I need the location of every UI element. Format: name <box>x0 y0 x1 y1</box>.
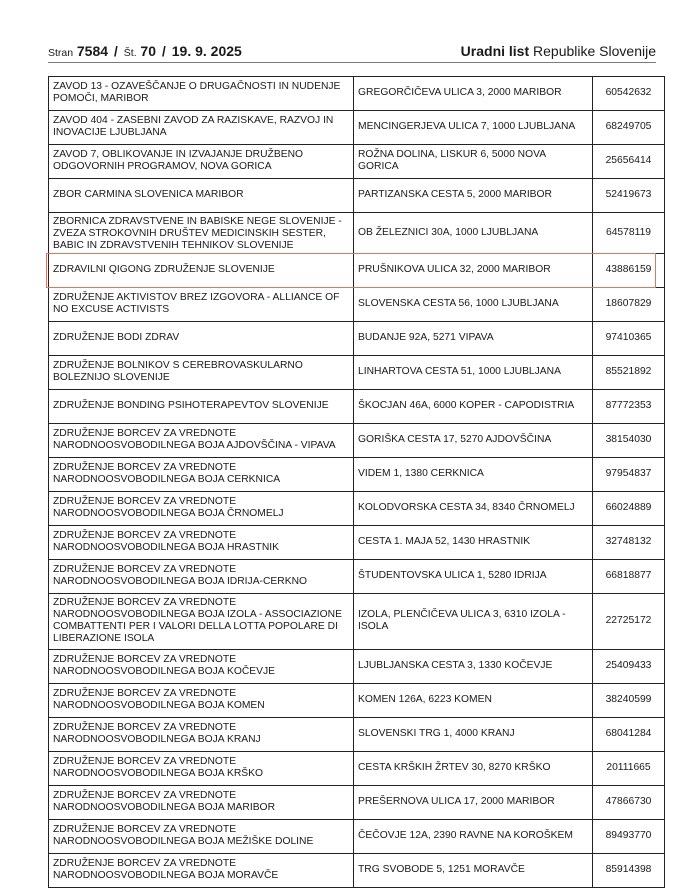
entity-name-cell: ZAVOD 7, OBLIKOVANJE IN IZVAJANJE DRUŽBE… <box>49 145 354 179</box>
entity-name-cell: ZDRUŽENJE BORCEV ZA VREDNOTE NARODNOOSVO… <box>49 560 354 594</box>
registration-number-cell: 66024889 <box>593 492 665 526</box>
registration-number-text: 68041284 <box>597 728 660 740</box>
page-info: Stran 7584/Št. 70/19. 9. 2025 <box>48 43 242 59</box>
address-text: SLOVENSKI TRG 1, 4000 KRANJ <box>358 728 588 740</box>
entity-name-cell: ZDRUŽENJE BORCEV ZA VREDNOTE NARODNOOSVO… <box>49 594 354 650</box>
registration-number-cell: 52419673 <box>593 179 665 213</box>
page-number: 7584 <box>77 43 108 59</box>
entity-name-cell: ZDRUŽENJE BORCEV ZA VREDNOTE NARODNOOSVO… <box>49 684 354 718</box>
entity-name-text: ZDRUŽENJE BORCEV ZA VREDNOTE NARODNOOSVO… <box>53 428 349 452</box>
registration-number-text: 25409433 <box>597 660 660 672</box>
registration-number-cell: 85521892 <box>593 356 665 390</box>
registration-number-text: 85914398 <box>597 864 660 876</box>
address-cell: ČEČOVJE 12A, 2390 RAVNE NA KOROŠKEM <box>354 820 593 854</box>
table-row: ZDRUŽENJE BORCEV ZA VREDNOTE NARODNOOSVO… <box>49 854 665 888</box>
table-row: ZDRUŽENJE AKTIVISTOV BREZ IZGOVORA - ALL… <box>49 288 665 322</box>
address-text: VIDEM 1, 1380 CERKNICA <box>358 468 588 480</box>
entity-name-cell: ZDRUŽENJE BORCEV ZA VREDNOTE NARODNOOSVO… <box>49 650 354 684</box>
entity-name-text: ZDRUŽENJE BORCEV ZA VREDNOTE NARODNOOSVO… <box>53 722 349 746</box>
registration-number-cell: 64578119 <box>593 213 665 254</box>
registration-number-text: 97954837 <box>597 468 660 480</box>
registration-number-cell: 66818877 <box>593 560 665 594</box>
table-row: ZDRUŽENJE BORCEV ZA VREDNOTE NARODNOOSVO… <box>49 594 665 650</box>
address-text: TRG SVOBODE 5, 1251 MORAVČE <box>358 864 588 876</box>
issue-number: 70 <box>140 43 156 59</box>
entity-name-text: ZDRUŽENJE AKTIVISTOV BREZ IZGOVORA - ALL… <box>53 292 349 316</box>
registration-number-text: 20111665 <box>597 762 660 774</box>
address-text: LJUBLJANSKA CESTA 3, 1330 KOČEVJE <box>358 660 588 672</box>
registry-table-body: ZAVOD 13 - OZAVEŠČANJE O DRUGAČNOSTI IN … <box>49 77 665 888</box>
table-row: ZAVOD 7, OBLIKOVANJE IN IZVAJANJE DRUŽBE… <box>49 145 665 179</box>
publication-title: Uradni list Republike Slovenije <box>461 43 656 59</box>
address-cell: PREŠERNOVA ULICA 17, 2000 MARIBOR <box>354 786 593 820</box>
address-text: GREGORČIČEVA ULICA 3, 2000 MARIBOR <box>358 87 588 99</box>
entity-name-text: ZDRUŽENJE BORCEV ZA VREDNOTE NARODNOOSVO… <box>53 462 349 486</box>
page-header: Stran 7584/Št. 70/19. 9. 2025 Uradni lis… <box>48 42 656 63</box>
registration-number-text: 85521892 <box>597 366 660 378</box>
table-row: ZDRUŽENJE BODI ZDRAVBUDANJE 92A, 5271 VI… <box>49 322 665 356</box>
page-label: Stran <box>48 47 73 59</box>
registration-number-cell: 60542632 <box>593 77 665 111</box>
registration-number-text: 52419673 <box>597 189 660 201</box>
table-row: ZAVOD 404 - ZASEBNI ZAVOD ZA RAZISKAVE, … <box>49 111 665 145</box>
address-text: BUDANJE 92A, 5271 VIPAVA <box>358 332 588 344</box>
entity-name-text: ZDRUŽENJE BORCEV ZA VREDNOTE NARODNOOSVO… <box>53 564 349 588</box>
address-cell: ŠTUDENTOVSKA ULICA 1, 5280 IDRIJA <box>354 560 593 594</box>
address-cell: LJUBLJANSKA CESTA 3, 1330 KOČEVJE <box>354 650 593 684</box>
entity-name-text: ZDRUŽENJE BORCEV ZA VREDNOTE NARODNOOSVO… <box>53 790 349 814</box>
registration-number-cell: 47866730 <box>593 786 665 820</box>
registration-number-text: 18607829 <box>597 298 660 310</box>
registration-number-cell: 68041284 <box>593 718 665 752</box>
entity-name-text: ZDRUŽENJE BORCEV ZA VREDNOTE NARODNOOSVO… <box>53 688 349 712</box>
entity-name-cell: ZDRUŽENJE BORCEV ZA VREDNOTE NARODNOOSVO… <box>49 526 354 560</box>
entity-name-text: ZDRUŽENJE BORCEV ZA VREDNOTE NARODNOOSVO… <box>53 824 349 848</box>
address-cell: IZOLA, PLENČIČEVA ULICA 3, 6310 IZOLA - … <box>354 594 593 650</box>
address-text: PRUŠNIKOVA ULICA 32, 2000 MARIBOR <box>358 264 588 276</box>
address-cell: VIDEM 1, 1380 CERKNICA <box>354 458 593 492</box>
address-cell: PARTIZANSKA CESTA 5, 2000 MARIBOR <box>354 179 593 213</box>
issue-label: Št. <box>124 47 137 59</box>
registration-number-cell: 89493770 <box>593 820 665 854</box>
registration-number-text: 68249705 <box>597 121 660 133</box>
registration-number-cell: 20111665 <box>593 752 665 786</box>
address-cell: PRUŠNIKOVA ULICA 32, 2000 MARIBOR <box>354 254 593 288</box>
address-cell: GORIŠKA CESTA 17, 5270 AJDOVŠČINA <box>354 424 593 458</box>
entity-name-cell: ZAVOD 13 - OZAVEŠČANJE O DRUGAČNOSTI IN … <box>49 77 354 111</box>
entity-name-text: ZBOR CARMINA SLOVENICA MARIBOR <box>53 189 349 201</box>
entity-name-text: ZDRUŽENJE BORCEV ZA VREDNOTE NARODNOOSVO… <box>53 530 349 554</box>
address-text: KOLODVORSKA CESTA 34, 8340 ČRNOMELJ <box>358 502 588 514</box>
address-text: MENCINGERJEVA ULICA 7, 1000 LJUBLJANA <box>358 121 588 133</box>
registration-number-cell: 22725172 <box>593 594 665 650</box>
entity-name-cell: ZDRUŽENJE BORCEV ZA VREDNOTE NARODNOOSVO… <box>49 718 354 752</box>
registration-number-cell: 85914398 <box>593 854 665 888</box>
registration-number-cell: 97410365 <box>593 322 665 356</box>
address-cell: ŠKOCJAN 46A, 6000 KOPER - CAPODISTRIA <box>354 390 593 424</box>
entity-name-text: ZBORNICA ZDRAVSTVENE IN BABIŠKE NEGE SLO… <box>53 216 349 249</box>
address-cell: KOLODVORSKA CESTA 34, 8340 ČRNOMELJ <box>354 492 593 526</box>
entity-name-cell: ZDRUŽENJE BORCEV ZA VREDNOTE NARODNOOSVO… <box>49 752 354 786</box>
table-row: ZDRUŽENJE BORCEV ZA VREDNOTE NARODNOOSVO… <box>49 820 665 854</box>
registration-number-text: 66024889 <box>597 502 660 514</box>
table-row: ZDRUŽENJE BORCEV ZA VREDNOTE NARODNOOSVO… <box>49 684 665 718</box>
entity-name-text: ZDRUŽENJE BORCEV ZA VREDNOTE NARODNOOSVO… <box>53 597 349 645</box>
address-cell: CESTA KRŠKIH ŽRTEV 30, 8270 KRŠKO <box>354 752 593 786</box>
entity-name-cell: ZBOR CARMINA SLOVENICA MARIBOR <box>49 179 354 213</box>
registration-number-text: 66818877 <box>597 570 660 582</box>
entity-name-cell: ZDRAVILNI QIGONG ZDRUŽENJE SLOVENIJE <box>49 254 354 288</box>
entity-name-cell: ZDRUŽENJE BORCEV ZA VREDNOTE NARODNOOSVO… <box>49 820 354 854</box>
address-text: PARTIZANSKA CESTA 5, 2000 MARIBOR <box>358 189 588 201</box>
registration-number-text: 89493770 <box>597 830 660 842</box>
address-text: ČEČOVJE 12A, 2390 RAVNE NA KOROŠKEM <box>358 830 588 842</box>
publication-title-rest: Republike Slovenije <box>533 43 656 59</box>
address-text: CESTA KRŠKIH ŽRTEV 30, 8270 KRŠKO <box>358 762 588 774</box>
registry-table: ZAVOD 13 - OZAVEŠČANJE O DRUGAČNOSTI IN … <box>48 76 665 888</box>
address-text: ROŽNA DOLINA, LISKUR 6, 5000 NOVA GORICA <box>358 149 588 173</box>
entity-name-cell: ZBORNICA ZDRAVSTVENE IN BABIŠKE NEGE SLO… <box>49 213 354 254</box>
entity-name-text: ZAVOD 7, OBLIKOVANJE IN IZVAJANJE DRUŽBE… <box>53 149 349 173</box>
registration-number-text: 43886159 <box>597 264 660 276</box>
address-text: PREŠERNOVA ULICA 17, 2000 MARIBOR <box>358 796 588 808</box>
registration-number-cell: 87772353 <box>593 390 665 424</box>
entity-name-text: ZDRUŽENJE BODI ZDRAV <box>53 332 349 344</box>
address-text: KOMEN 126A, 6223 KOMEN <box>358 694 588 706</box>
entity-name-cell: ZDRUŽENJE BONDING PSIHOTERAPEVTOV SLOVEN… <box>49 390 354 424</box>
table-row: ZDRUŽENJE BORCEV ZA VREDNOTE NARODNOOSVO… <box>49 650 665 684</box>
registration-number-text: 97410365 <box>597 332 660 344</box>
table-row: ZDRUŽENJE BORCEV ZA VREDNOTE NARODNOOSVO… <box>49 786 665 820</box>
entity-name-text: ZDRUŽENJE BORCEV ZA VREDNOTE NARODNOOSVO… <box>53 496 349 520</box>
registration-number-text: 32748132 <box>597 536 660 548</box>
entity-name-cell: ZAVOD 404 - ZASEBNI ZAVOD ZA RAZISKAVE, … <box>49 111 354 145</box>
registration-number-cell: 25656414 <box>593 145 665 179</box>
address-cell: CESTA 1. MAJA 52, 1430 HRASTNIK <box>354 526 593 560</box>
entity-name-text: ZDRUŽENJE BORCEV ZA VREDNOTE NARODNOOSVO… <box>53 756 349 780</box>
table-row: ZDRUŽENJE BORCEV ZA VREDNOTE NARODNOOSVO… <box>49 752 665 786</box>
table-row: ZBOR CARMINA SLOVENICA MARIBORPARTIZANSK… <box>49 179 665 213</box>
table-row: ZDRUŽENJE BORCEV ZA VREDNOTE NARODNOOSVO… <box>49 526 665 560</box>
registration-number-text: 22725172 <box>597 615 660 627</box>
entity-name-cell: ZDRUŽENJE BORCEV ZA VREDNOTE NARODNOOSVO… <box>49 854 354 888</box>
entity-name-cell: ZDRUŽENJE BORCEV ZA VREDNOTE NARODNOOSVO… <box>49 786 354 820</box>
table-row: ZDRAVILNI QIGONG ZDRUŽENJE SLOVENIJEPRUŠ… <box>49 254 665 288</box>
table-row: ZDRUŽENJE BORCEV ZA VREDNOTE NARODNOOSVO… <box>49 458 665 492</box>
registration-number-cell: 97954837 <box>593 458 665 492</box>
registration-number-text: 38240599 <box>597 694 660 706</box>
address-text: CESTA 1. MAJA 52, 1430 HRASTNIK <box>358 536 588 548</box>
registration-number-text: 25656414 <box>597 155 660 167</box>
table-row: ZDRUŽENJE BOLNIKOV S CEREBROVASKULARNO B… <box>49 356 665 390</box>
address-cell: BUDANJE 92A, 5271 VIPAVA <box>354 322 593 356</box>
address-cell: LINHARTOVA CESTA 51, 1000 LJUBLJANA <box>354 356 593 390</box>
entity-name-text: ZDRUŽENJE BONDING PSIHOTERAPEVTOV SLOVEN… <box>53 400 349 412</box>
registration-number-text: 87772353 <box>597 400 660 412</box>
registration-number-text: 47866730 <box>597 796 660 808</box>
table-row: ZDRUŽENJE BONDING PSIHOTERAPEVTOV SLOVEN… <box>49 390 665 424</box>
table-row: ZAVOD 13 - OZAVEŠČANJE O DRUGAČNOSTI IN … <box>49 77 665 111</box>
registration-number-cell: 25409433 <box>593 650 665 684</box>
registration-number-cell: 32748132 <box>593 526 665 560</box>
address-cell: ROŽNA DOLINA, LISKUR 6, 5000 NOVA GORICA <box>354 145 593 179</box>
entity-name-cell: ZDRUŽENJE BOLNIKOV S CEREBROVASKULARNO B… <box>49 356 354 390</box>
registration-number-cell: 18607829 <box>593 288 665 322</box>
entity-name-cell: ZDRUŽENJE BORCEV ZA VREDNOTE NARODNOOSVO… <box>49 492 354 526</box>
registration-number-cell: 43886159 <box>593 254 665 288</box>
publication-title-bold: Uradni list <box>461 43 529 59</box>
issue-date: 19. 9. 2025 <box>172 43 242 59</box>
entity-name-cell: ZDRUŽENJE AKTIVISTOV BREZ IZGOVORA - ALL… <box>49 288 354 322</box>
registration-number-text: 60542632 <box>597 87 660 99</box>
entity-name-cell: ZDRUŽENJE BODI ZDRAV <box>49 322 354 356</box>
table-row: ZDRUŽENJE BORCEV ZA VREDNOTE NARODNOOSVO… <box>49 424 665 458</box>
address-cell: TRG SVOBODE 5, 1251 MORAVČE <box>354 854 593 888</box>
entity-name-text: ZAVOD 404 - ZASEBNI ZAVOD ZA RAZISKAVE, … <box>53 115 349 139</box>
separator: / <box>162 44 166 59</box>
entity-name-cell: ZDRUŽENJE BORCEV ZA VREDNOTE NARODNOOSVO… <box>49 458 354 492</box>
address-text: ŠTUDENTOVSKA ULICA 1, 5280 IDRIJA <box>358 570 588 582</box>
address-cell: GREGORČIČEVA ULICA 3, 2000 MARIBOR <box>354 77 593 111</box>
address-text: IZOLA, PLENČIČEVA ULICA 3, 6310 IZOLA - … <box>358 609 588 633</box>
registration-number-text: 64578119 <box>597 227 660 239</box>
entity-name-text: ZAVOD 13 - OZAVEŠČANJE O DRUGAČNOSTI IN … <box>53 81 349 105</box>
table-row: ZDRUŽENJE BORCEV ZA VREDNOTE NARODNOOSVO… <box>49 560 665 594</box>
table-row: ZBORNICA ZDRAVSTVENE IN BABIŠKE NEGE SLO… <box>49 213 665 254</box>
registration-number-cell: 68249705 <box>593 111 665 145</box>
registration-number-cell: 38154030 <box>593 424 665 458</box>
address-text: ŠKOCJAN 46A, 6000 KOPER - CAPODISTRIA <box>358 400 588 412</box>
address-cell: SLOVENSKA CESTA 56, 1000 LJUBLJANA <box>354 288 593 322</box>
entity-name-text: ZDRAVILNI QIGONG ZDRUŽENJE SLOVENIJE <box>53 264 349 276</box>
entity-name-text: ZDRUŽENJE BORCEV ZA VREDNOTE NARODNOOSVO… <box>53 858 349 882</box>
address-text: OB ŽELEZNICI 30A, 1000 LJUBLJANA <box>358 227 588 239</box>
entity-name-cell: ZDRUŽENJE BORCEV ZA VREDNOTE NARODNOOSVO… <box>49 424 354 458</box>
address-cell: OB ŽELEZNICI 30A, 1000 LJUBLJANA <box>354 213 593 254</box>
table-row: ZDRUŽENJE BORCEV ZA VREDNOTE NARODNOOSVO… <box>49 718 665 752</box>
address-text: SLOVENSKA CESTA 56, 1000 LJUBLJANA <box>358 298 588 310</box>
address-text: GORIŠKA CESTA 17, 5270 AJDOVŠČINA <box>358 434 588 446</box>
address-cell: MENCINGERJEVA ULICA 7, 1000 LJUBLJANA <box>354 111 593 145</box>
table-row: ZDRUŽENJE BORCEV ZA VREDNOTE NARODNOOSVO… <box>49 492 665 526</box>
entity-name-text: ZDRUŽENJE BOLNIKOV S CEREBROVASKULARNO B… <box>53 360 349 384</box>
address-cell: KOMEN 126A, 6223 KOMEN <box>354 684 593 718</box>
address-text: LINHARTOVA CESTA 51, 1000 LJUBLJANA <box>358 366 588 378</box>
entity-name-text: ZDRUŽENJE BORCEV ZA VREDNOTE NARODNOOSVO… <box>53 654 349 678</box>
separator: / <box>114 44 118 59</box>
registration-number-text: 38154030 <box>597 434 660 446</box>
address-cell: SLOVENSKI TRG 1, 4000 KRANJ <box>354 718 593 752</box>
registration-number-cell: 38240599 <box>593 684 665 718</box>
